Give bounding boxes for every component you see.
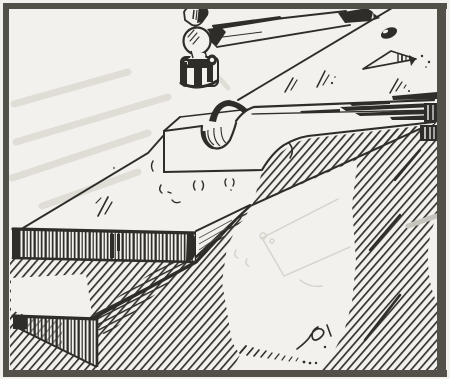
woodworking-illustration: Woodworking illustration — [0, 0, 450, 379]
hammer-collar — [181, 51, 218, 87]
hammer-face — [184, 28, 211, 55]
illustration-page: Woodworking illustration — [0, 0, 450, 379]
ink-speck — [113, 167, 115, 169]
end-grain-board — [12, 228, 198, 264]
